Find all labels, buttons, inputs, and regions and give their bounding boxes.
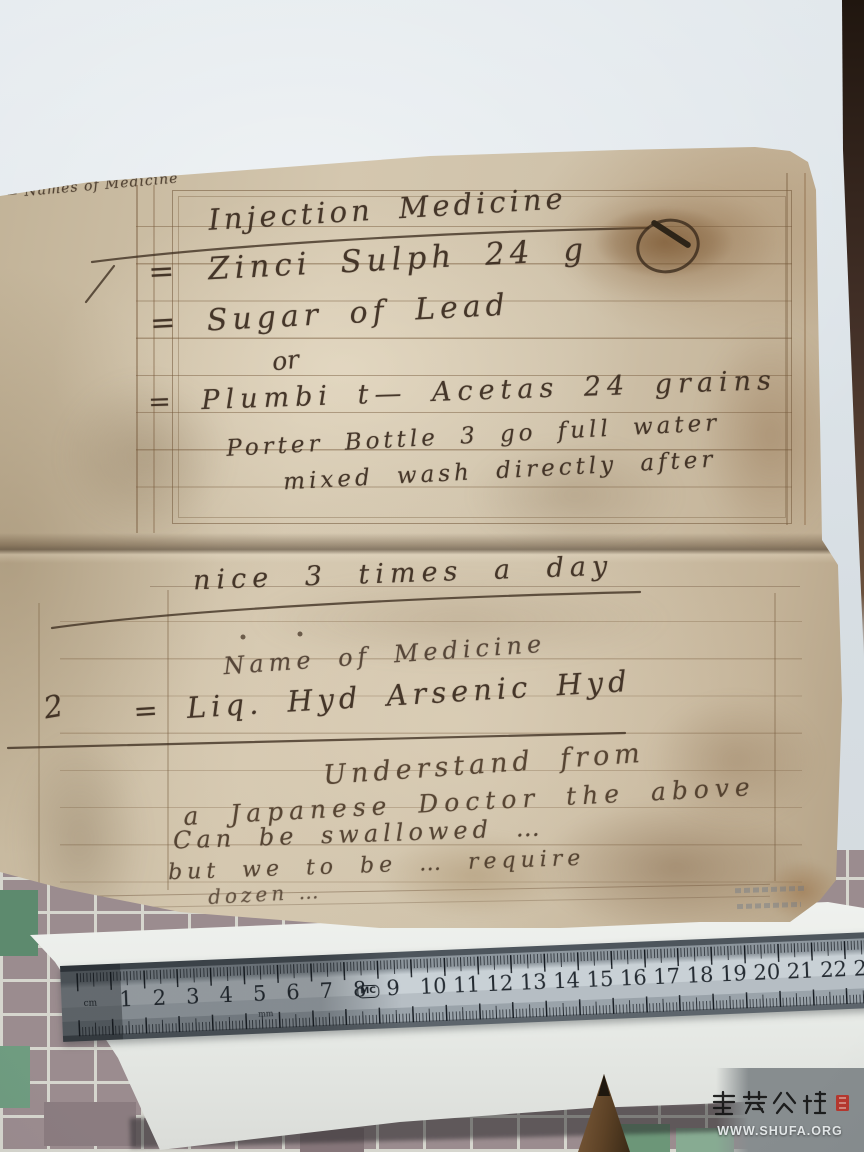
- handwriting-or: or: [271, 345, 301, 377]
- page-edge-line: [804, 173, 806, 525]
- margin-line: [136, 185, 138, 533]
- margin-line: [153, 185, 155, 533]
- watermark: WWW.SHUFA.ORG: [700, 1086, 860, 1148]
- mauve-tile: [44, 1102, 136, 1146]
- paper-stain: [650, 695, 820, 825]
- watermark-url: WWW.SHUFA.ORG: [700, 1124, 860, 1138]
- margin-line: [167, 590, 169, 890]
- chinese-calligraphy-icon: [710, 1086, 850, 1120]
- margin-line: [786, 173, 788, 525]
- manuscript-notebook: = Names of Medicine Injection Medicine =…: [0, 145, 864, 945]
- margin-slash-stroke: [86, 266, 114, 302]
- green-tile: [0, 890, 38, 956]
- green-tile: [0, 1046, 30, 1108]
